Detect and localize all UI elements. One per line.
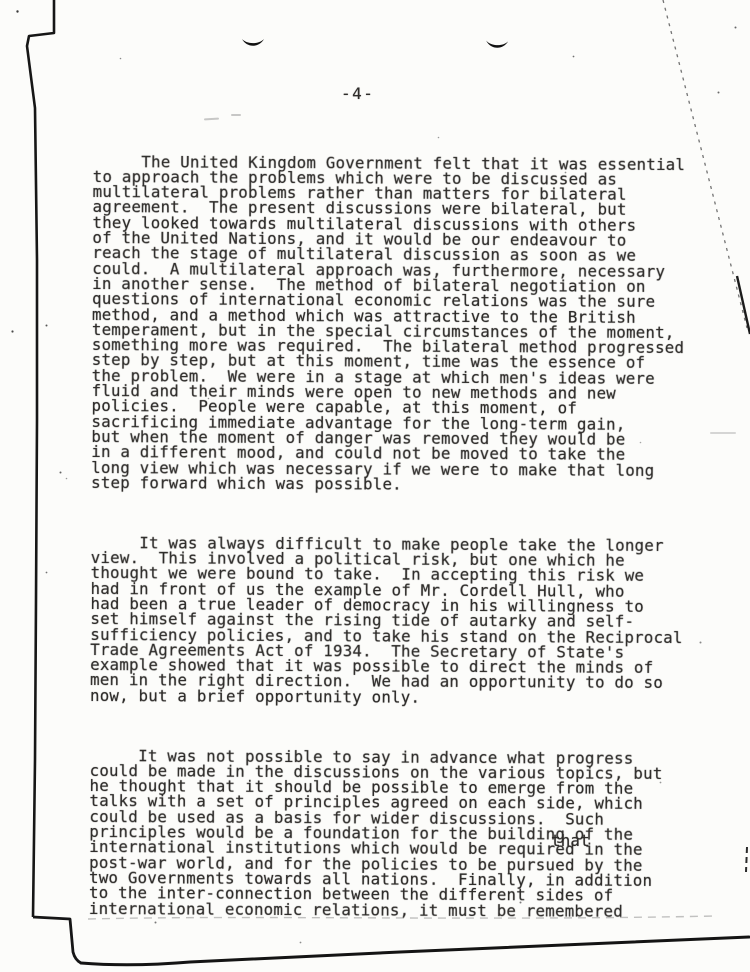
- underlying-page-edge-dark-line: [737, 276, 750, 334]
- left-edge-line: [27, 0, 54, 917]
- catchword: that: [551, 831, 590, 850]
- scanned-page: -4- The United Kingdom Government felt t…: [0, 0, 750, 972]
- document-text: The United Kingdom Government felt that …: [89, 123, 686, 964]
- paragraph: It was always difficult to make people t…: [90, 535, 683, 706]
- right-edge-dash-line: [746, 847, 747, 872]
- paragraph: It was not possible to say in advance wh…: [89, 748, 682, 919]
- smudge-mark: [231, 114, 241, 116]
- smudge-mark: [204, 118, 219, 121]
- punch-mark-left-icon: [241, 36, 265, 50]
- scan-noise-specks: [0, 0, 1, 1]
- paragraph: The United Kingdom Government felt that …: [91, 154, 685, 494]
- bottom-left-step-line: [33, 917, 81, 963]
- punch-mark-right-icon: [485, 38, 509, 53]
- smudge-mark: [710, 432, 736, 434]
- page-number: -4-: [341, 84, 374, 103]
